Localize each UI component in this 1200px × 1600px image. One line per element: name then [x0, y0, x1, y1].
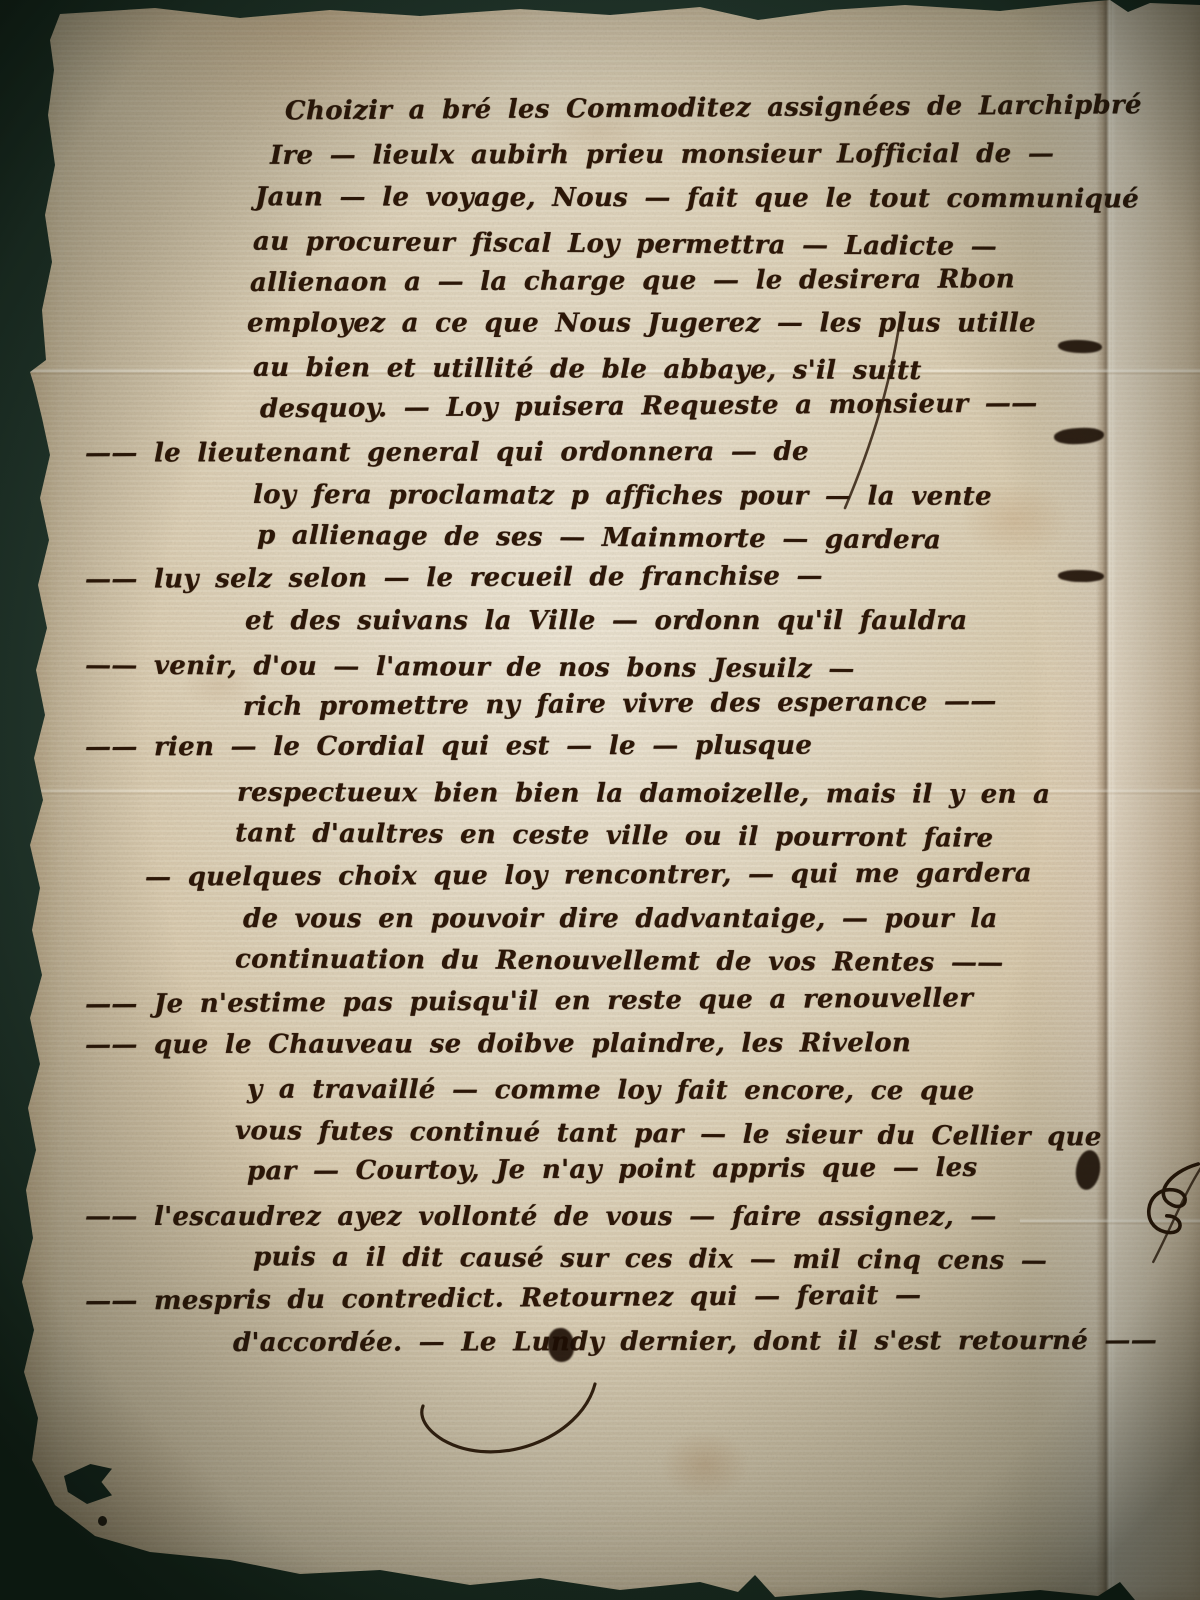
manuscript-text-line: par — Courtoy, Je n'ay point appris que … [247, 1146, 1105, 1193]
manuscript-text-line: desquoy. — Loy puisera Requeste a monsie… [260, 382, 1105, 431]
manuscript-text-line: Ire — lieulx aubirh prieu monsieur Loffi… [270, 133, 1105, 177]
paper-hole [64, 1464, 112, 1504]
manuscript-text-line: d'accordée. — Le Lundy dernier, dont il … [233, 1320, 1105, 1365]
ink-stain [660, 1430, 750, 1500]
manuscript-text-line: —— que le Chauveau se doibve plaindre, l… [85, 1022, 1105, 1067]
manuscript-text-line: et des suivans la Ville — ordonn qu'il f… [245, 600, 1105, 642]
manuscript-text-line: — quelques choix que loy rencontrer, — q… [145, 852, 1105, 899]
handwritten-text-block: Choizir a bré les Commoditez assignées d… [85, 92, 1105, 1364]
manuscript-text-line: —— luy selz selon — le recueil de franch… [85, 554, 1105, 601]
manuscript-text-line: —— mespris du contredict. Retournez qui … [85, 1273, 1105, 1323]
manuscript-text-line: y a travaillé — comme loy fait encore, c… [247, 1069, 1105, 1114]
manuscript-text-line: —— le lieutenant general qui ordonnera —… [85, 430, 1105, 475]
manuscript-text-line: loy fera proclamatz p affiches pour — la… [253, 474, 1105, 518]
manuscript-text-line: Jaun — le voyage, Nous — fait que le tou… [255, 176, 1105, 220]
manuscript-text-line: allienaon a — la charge que — le desirer… [250, 257, 1105, 304]
manuscript-text-line: rich promettre ny faire vivre des espera… [243, 679, 1105, 728]
manuscript-text-line: —— l'escaudrez ayez vollonté de vous — f… [85, 1195, 1105, 1237]
manuscript-text-line: respectueux bien bien la damoizelle, mai… [237, 771, 1105, 816]
manuscript-page: Choizir a bré les Commoditez assignées d… [0, 0, 1200, 1600]
paper-pinhole [98, 1516, 107, 1526]
manuscript-text-line: Choizir a bré les Commoditez assignées d… [285, 84, 1105, 132]
manuscript-text-line: —— Je n'estime pas puisqu'il en reste qu… [85, 976, 1105, 1026]
folded-panel [1112, 0, 1200, 1600]
ink-blot [1058, 570, 1104, 583]
terminal-descender-flourish [405, 1378, 605, 1478]
manuscript-text-line: de vous en pouvoir dire dadvantaige, — p… [243, 898, 1105, 940]
photo-backdrop: Choizir a bré les Commoditez assignées d… [0, 0, 1200, 1600]
manuscript-text-line: employez a ce que Nous Jugerez — les plu… [247, 302, 1105, 344]
manuscript-text-line: —— rien — le Cordial qui est — le — plus… [85, 724, 1105, 769]
